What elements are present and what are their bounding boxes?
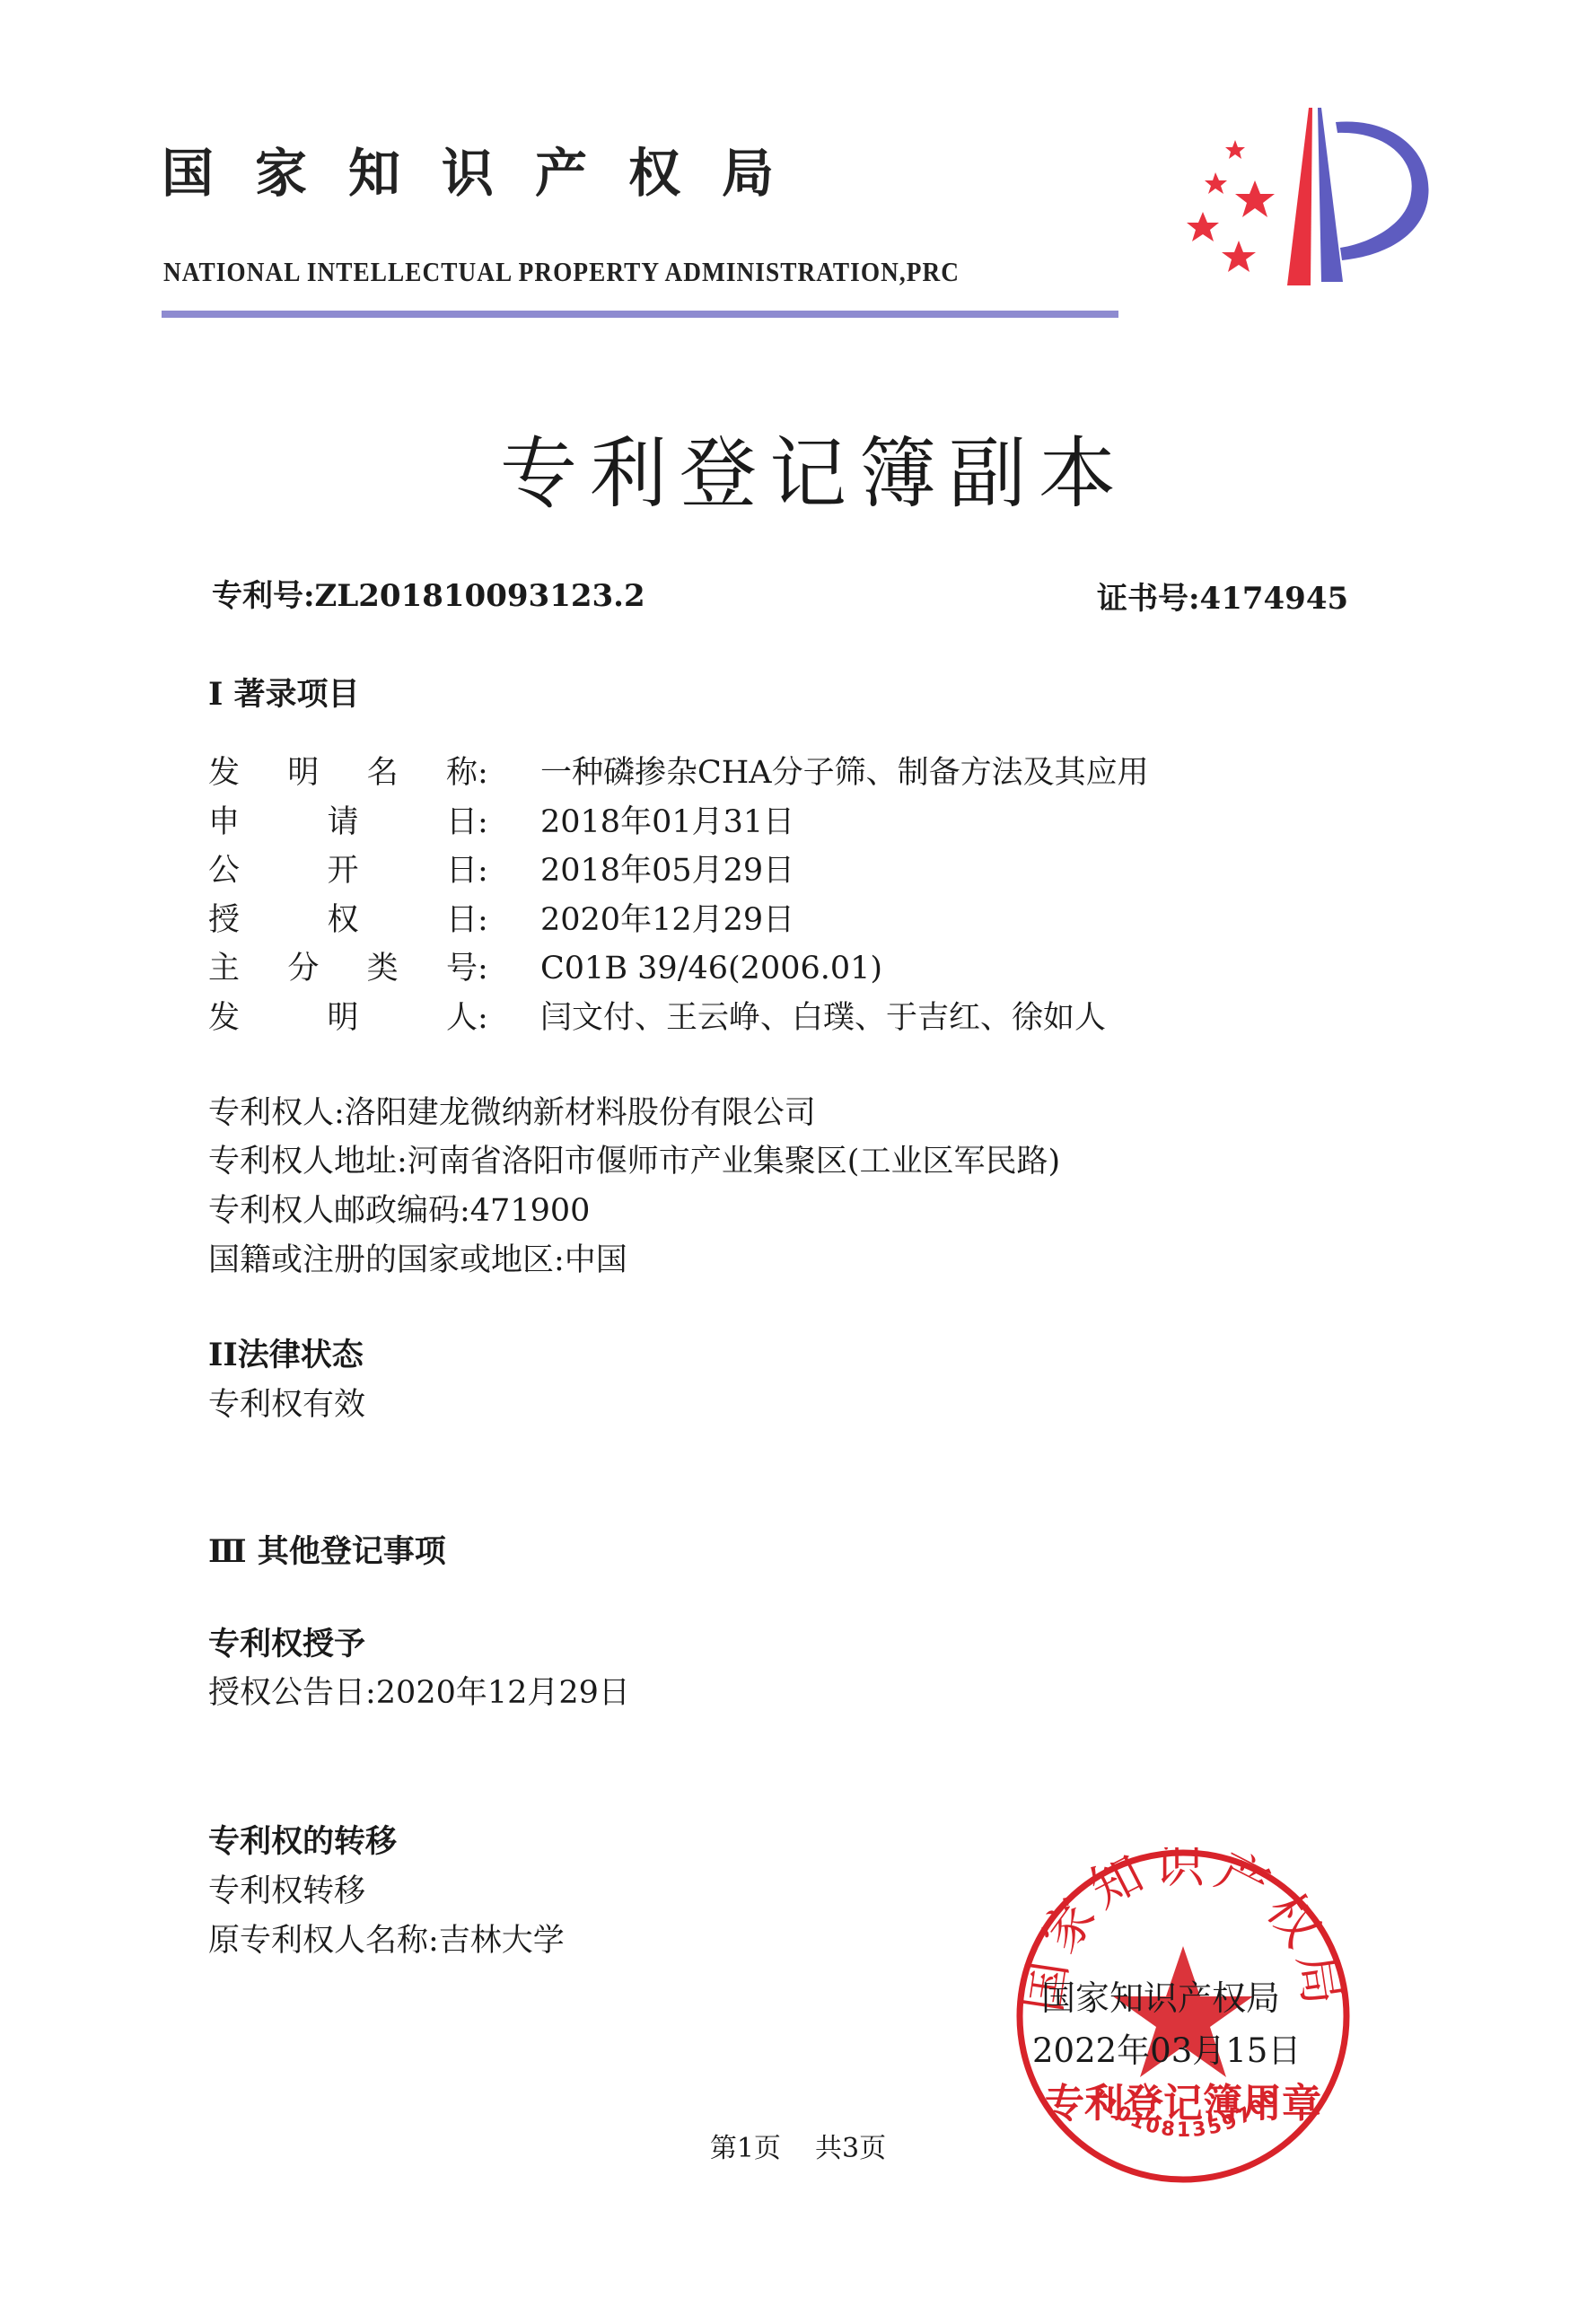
header-divider	[162, 311, 1118, 318]
biblio-row-classification: 主 分 类 号 : C01B 39/46(2006.01)	[208, 944, 1149, 994]
label-char: 日	[446, 900, 478, 940]
section-heading-bibliographic: I 著录项目	[208, 675, 360, 715]
legal-status-value: 专利权有效	[208, 1385, 365, 1425]
label-char: 公	[208, 851, 240, 890]
agency-name-en: NATIONAL INTELLECTUAL PROPERTY ADMINISTR…	[163, 255, 960, 289]
label-char: 申	[208, 803, 240, 842]
bibliographic-table: 发 明 名 称 : 一种磷掺杂CHA分子筛、制备方法及其应用 申 请 日 : 2…	[208, 749, 1149, 1042]
label-char: 明	[327, 998, 358, 1038]
grant-subheading: 专利权授予	[208, 1625, 365, 1664]
biblio-label: 发 明 名 称	[208, 753, 478, 793]
biblio-row-title: 发 明 名 称 : 一种磷掺杂CHA分子筛、制备方法及其应用	[208, 749, 1149, 798]
label-colon: :	[478, 1000, 540, 1036]
biblio-row-inventors: 发 明 人 : 闫文付、王云峥、白璞、于吉红、徐如人	[208, 994, 1149, 1043]
label-char: 开	[327, 851, 358, 890]
original-patentee: 原专利权人名称:吉林大学	[208, 1921, 565, 1960]
patentee-postal-code: 专利权人邮政编码:471900	[208, 1191, 590, 1231]
page-indicator: 第1页 共3页	[0, 2131, 1596, 2167]
label-colon: :	[478, 902, 540, 938]
label-colon: :	[478, 755, 540, 791]
star-icon	[1225, 140, 1245, 159]
section-heading-legal-status: II法律状态	[208, 1336, 364, 1375]
section-heading-other-registrations: Ⅲ 其他登记事项	[208, 1532, 446, 1572]
stamp-overlay-date: 2022年03月15日	[1032, 2030, 1301, 2072]
publication-date-value: 2018年05月29日	[540, 851, 794, 890]
certificate-number: 证书号:4174945	[1097, 579, 1348, 618]
grant-announcement-date: 授权公告日:2020年12月29日	[208, 1673, 630, 1713]
star-icon	[1187, 212, 1219, 241]
label-colon: :	[478, 804, 540, 840]
label-char: 发	[208, 753, 240, 793]
document-title: 专利登记簿副本	[0, 429, 1596, 519]
label-char: 明	[287, 753, 319, 793]
cnipa-logo-icon	[1176, 97, 1436, 294]
label-char: 称	[446, 753, 478, 793]
label-char: 人	[446, 998, 478, 1038]
stamp-overlay-agency: 国家知识产权局	[1041, 1978, 1280, 2019]
biblio-label: 主 分 类 号	[208, 949, 478, 988]
patent-number: 专利号:ZL201810093123.2	[212, 576, 645, 616]
label-colon: :	[478, 951, 540, 987]
star-icon	[1205, 172, 1227, 194]
label-char: 请	[327, 803, 358, 842]
biblio-label: 申 请 日	[208, 803, 478, 842]
label-colon: :	[478, 853, 540, 889]
agency-name-cn: 国家知识产权局	[162, 144, 815, 203]
label-char: 类	[367, 949, 399, 988]
classification-value: C01B 39/46(2006.01)	[540, 949, 882, 988]
patentee-country: 国籍或注册的国家或地区:中国	[208, 1241, 627, 1280]
patentee-name: 专利权人:洛阳建龙微纳新材料股份有限公司	[208, 1093, 816, 1133]
filing-date-value: 2018年01月31日	[540, 803, 794, 842]
label-char: 号	[446, 949, 478, 988]
label-char: 名	[367, 753, 399, 793]
biblio-row-publication-date: 公 开 日 : 2018年05月29日	[208, 846, 1149, 896]
biblio-row-grant-date: 授 权 日 : 2020年12月29日	[208, 896, 1149, 945]
invention-title-value: 一种磷掺杂CHA分子筛、制备方法及其应用	[540, 753, 1149, 793]
transfer-type: 专利权转移	[208, 1872, 365, 1911]
biblio-label: 授 权 日	[208, 900, 478, 940]
biblio-label: 公 开 日	[208, 851, 478, 890]
patentee-address: 专利权人地址:河南省洛阳市偃师市产业集聚区(工业区军民路)	[208, 1142, 1060, 1181]
label-char: 主	[208, 949, 240, 988]
star-icon	[1222, 241, 1256, 272]
label-char: 分	[287, 949, 319, 988]
biblio-row-filing-date: 申 请 日 : 2018年01月31日	[208, 798, 1149, 847]
grant-date-value: 2020年12月29日	[540, 900, 794, 940]
biblio-label: 发 明 人	[208, 998, 478, 1038]
label-char: 发	[208, 998, 240, 1038]
label-char: 日	[446, 803, 478, 842]
label-char: 权	[327, 900, 358, 940]
star-icon	[1235, 180, 1275, 217]
label-char: 授	[208, 900, 240, 940]
transfer-subheading: 专利权的转移	[208, 1822, 397, 1862]
label-char: 日	[446, 851, 478, 890]
inventors-value: 闫文付、王云峥、白璞、于吉红、徐如人	[540, 998, 1106, 1038]
